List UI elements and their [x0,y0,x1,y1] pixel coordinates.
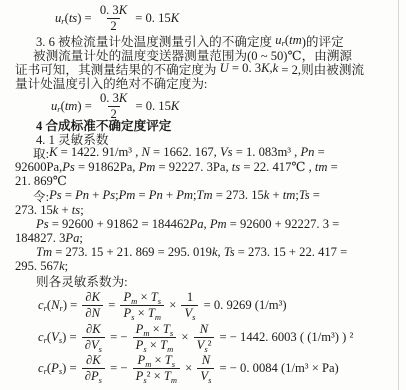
text-token: = 1662. 167, [150,145,220,160]
fraction-numerator: 0. 3K [97,91,130,105]
text-token: = 91862Pa, [75,160,139,175]
text-token: Tm [36,245,52,260]
fraction-numerator: Pm × Ts [135,353,179,367]
text-token: = 92227. 3Pa, [155,160,231,175]
text-token: = − [107,361,131,376]
text-token: × [166,298,179,313]
fraction: 1Vs [181,290,198,319]
text-token: s [172,359,175,369]
text-token: ) = [77,99,95,114]
fraction: Pm × TsPs × Tm [133,322,177,351]
text-token: = 0. 3 [229,61,261,76]
text-token: Pm [176,188,193,203]
text-token: tm [283,188,296,203]
text-token: Pm [210,217,227,232]
text-token: = [314,145,324,160]
text-token: = 0. 15 [132,11,171,26]
fraction-denominator: ∂N [82,305,103,320]
fraction-denominator: Ps × Tm [133,337,177,352]
text-token: r [61,16,64,26]
fraction-denominator: Ps × Tm [120,305,164,320]
text-token: × [178,330,191,345]
text-token: s [158,296,161,306]
text-token: Pm [119,188,136,203]
text-token: m [143,328,149,338]
text-token: × [151,353,164,367]
text-token: = − 1442. 6003 ( (1/m³) ) ² [216,330,353,345]
text-token: + [89,188,102,203]
fraction-numerator: ∂K [83,353,104,367]
fraction-denominator: ∂Ps [82,368,105,383]
fraction-numerator: ∂K [83,322,104,336]
text-token: V [51,330,59,345]
fraction: Pm × TsPs² × Tm [133,353,180,382]
text-token: tm [315,160,328,175]
text-token: × [137,290,150,304]
text-token: r [44,366,47,376]
fraction-denominator: Ps² × Tm [133,368,180,383]
text-token: P [91,369,99,383]
text-token: ) = [62,361,80,376]
fraction-denominator: Vs² [194,337,215,352]
fraction-numerator: Pm × Ts [120,290,164,304]
text-token: Pn [75,188,89,203]
text-token: ² [208,338,212,352]
text-token: = [310,188,320,203]
text-token: 0. 3 [100,91,119,105]
text-token: Pa [190,217,204,232]
text-token: ; [80,203,84,218]
text-token: Vs [220,145,233,160]
text-token: Ts [224,245,235,260]
fraction-denominator: Vs [181,305,198,320]
text-token: K [92,290,100,304]
text-token: 184827. 3 [15,231,65,246]
text-token: 0. 3 [100,3,119,17]
definitions-line: 令:Ps = Pn + Ps;Pm = Pn + Pm;Tm = 273. 15… [33,188,320,202]
scan-artifact-line [398,0,399,390]
text-token: = 1422. 91/m³ , [58,145,142,160]
fraction: NVs [197,353,214,382]
text-token: Pa [65,231,79,246]
text-token: s [99,375,102,385]
text-token: = − 0. 0084 (1/m³ × Pa) [216,361,338,376]
fraction: 0. 3K2 [97,3,130,32]
text-token: 量计处温度引入的绝对不确定度为: [15,73,207,92]
text-token: ts [72,203,80,218]
text-token: N [202,353,210,367]
text-token: = 92600 + 92227. 3 = [227,217,340,232]
fraction-denominator: ∂Vs [82,337,105,352]
paragraph-line: 量计处温度引入的绝对不确定度为: [15,75,207,89]
fraction: Pm × TsPs × Tm [120,290,164,319]
text-token: = [62,188,75,203]
text-token: Ps [36,217,49,232]
fraction-denominator: Vs [197,368,214,383]
text-token: = [105,298,118,313]
text-token: Ps [49,188,62,203]
text-token: × [147,338,160,352]
text-token: s [143,375,146,385]
text-token: × [182,361,195,376]
text-token: m [171,375,177,385]
text-token: = 2,则由被测流 [278,59,364,78]
text-token: = 92600 + 91862 = 184462 [49,217,190,232]
pressure-sum-line: 184827. 3Pa; [15,231,83,245]
text-token: = 273. 15 + 21. 869 = 295. 019 [52,245,212,260]
fraction-numerator: 0. 3K [97,3,130,17]
text-token: s [59,366,62,376]
text-token: ) = [63,298,81,313]
text-token: U [220,61,229,76]
text-token: N [142,145,150,160]
text-token: r [60,303,63,313]
formula-sensitivity-n: cr(Nr) = ∂K∂N = Pm × TsPs × Tm × 1Vs = 0… [38,288,287,322]
text-token: K [92,353,100,367]
text-token: P [51,361,59,376]
text-token: K [49,145,57,160]
text-token: ) = [77,11,95,26]
text-token: K [119,91,127,105]
text-token: T [164,369,171,383]
formula-sensitivity-p: cr(Ps) = ∂K∂Ps = − Pm × TsPs² × Tm × NVs… [38,351,339,385]
text-token: = 0. 15 [132,99,171,114]
fraction-numerator: ∂K [82,290,103,304]
fraction: ∂K∂Vs [82,322,105,351]
fraction-numerator: N [197,322,211,336]
text-token: K [261,61,269,76]
text-token: + [58,203,71,218]
fraction: NVs² [194,322,215,351]
text-token: K [92,322,100,336]
text-token: + [163,188,176,203]
text-token: s [170,328,173,338]
text-token: = 273. 15 [213,188,264,203]
text-token: Ts [299,188,310,203]
text-token: 1 [187,290,193,304]
fraction-numerator: Pm × Ts [133,322,177,336]
text-token: V [184,306,192,320]
text-token: 则各灵敏系数为: [36,271,128,290]
text-token: Pm [139,160,156,175]
text-token: T [165,353,172,367]
formula-sensitivity-v: cr(Vs) = ∂K∂Vs = − Pm × TsPs × Tm × NVs²… [38,320,353,354]
text-token: × [150,369,163,383]
text-token: tm [65,99,78,114]
text-token: m [131,296,137,306]
text-token: = 273. 15 + 22. 417 = [235,245,348,260]
values-line: 92600Pa,Ps = 91862Pa, Pm = 92227. 3Pa, t… [15,160,338,174]
text-token: K [171,11,179,26]
definitions-line: 273. 15k + ts; [15,203,84,217]
text-token: N [200,322,208,336]
text-token: m [145,359,151,369]
scanned-paper-page: ur(ts) = 0. 3K2 = 0. 15K 3. 6 被检流量计处温度测量… [0,0,406,390]
text-token: = 0. 9269 (1/m³) [200,298,286,313]
text-token: + [269,188,282,203]
sensitivity-intro: 则各灵敏系数为: [36,273,128,287]
text-token: K [119,3,127,17]
text-token: ts [232,160,240,175]
text-token: K [171,99,179,114]
text-token: s [59,335,62,345]
text-token: Pn [149,188,163,203]
text-token: Tm [197,188,213,203]
text-token: V [200,369,208,383]
text-token: = [328,160,338,175]
text-token: Pn [300,145,314,160]
text-token: ; [79,231,83,246]
temperature-sum-line: Tm = 273. 15 + 21. 869 = 295. 019k, Ts =… [36,245,347,259]
text-token: T [151,290,158,304]
pressure-sum-line: Ps = 92600 + 91862 = 184462Pa, Pm = 9260… [36,217,339,231]
text-token: T [163,322,170,336]
fraction: ∂K∂Ps [82,353,105,382]
text-token: 273. 15 [15,203,53,218]
formula-ur-ts: ur(ts) = 0. 3K2 = 0. 15K [55,2,179,34]
text-token: s [208,375,211,385]
text-token: = 22. 417℃ , [240,159,315,175]
text-token: r [44,335,47,345]
text-token: r [57,104,60,114]
text-token: = [135,188,148,203]
fraction-numerator: N [199,353,213,367]
text-token: ts [69,11,77,26]
values-line: 取:K = 1422. 91/m³ , N = 1662. 167, Vs = … [33,145,325,159]
text-token: N [92,306,100,320]
text-token: N [51,298,59,313]
text-token: T [160,338,167,352]
text-token: Ps [103,188,116,203]
text-token: r [44,303,47,313]
text-token: × [149,322,162,336]
text-token: = 1. 083m³ , [233,145,301,160]
text-token: = − [107,330,131,345]
text-token: V [91,338,99,352]
text-token: × [134,306,147,320]
text-token: ) = [62,330,80,345]
fraction: ∂K∂N [82,290,103,319]
text-token: T [148,306,155,320]
fraction-numerator: 1 [184,290,196,304]
